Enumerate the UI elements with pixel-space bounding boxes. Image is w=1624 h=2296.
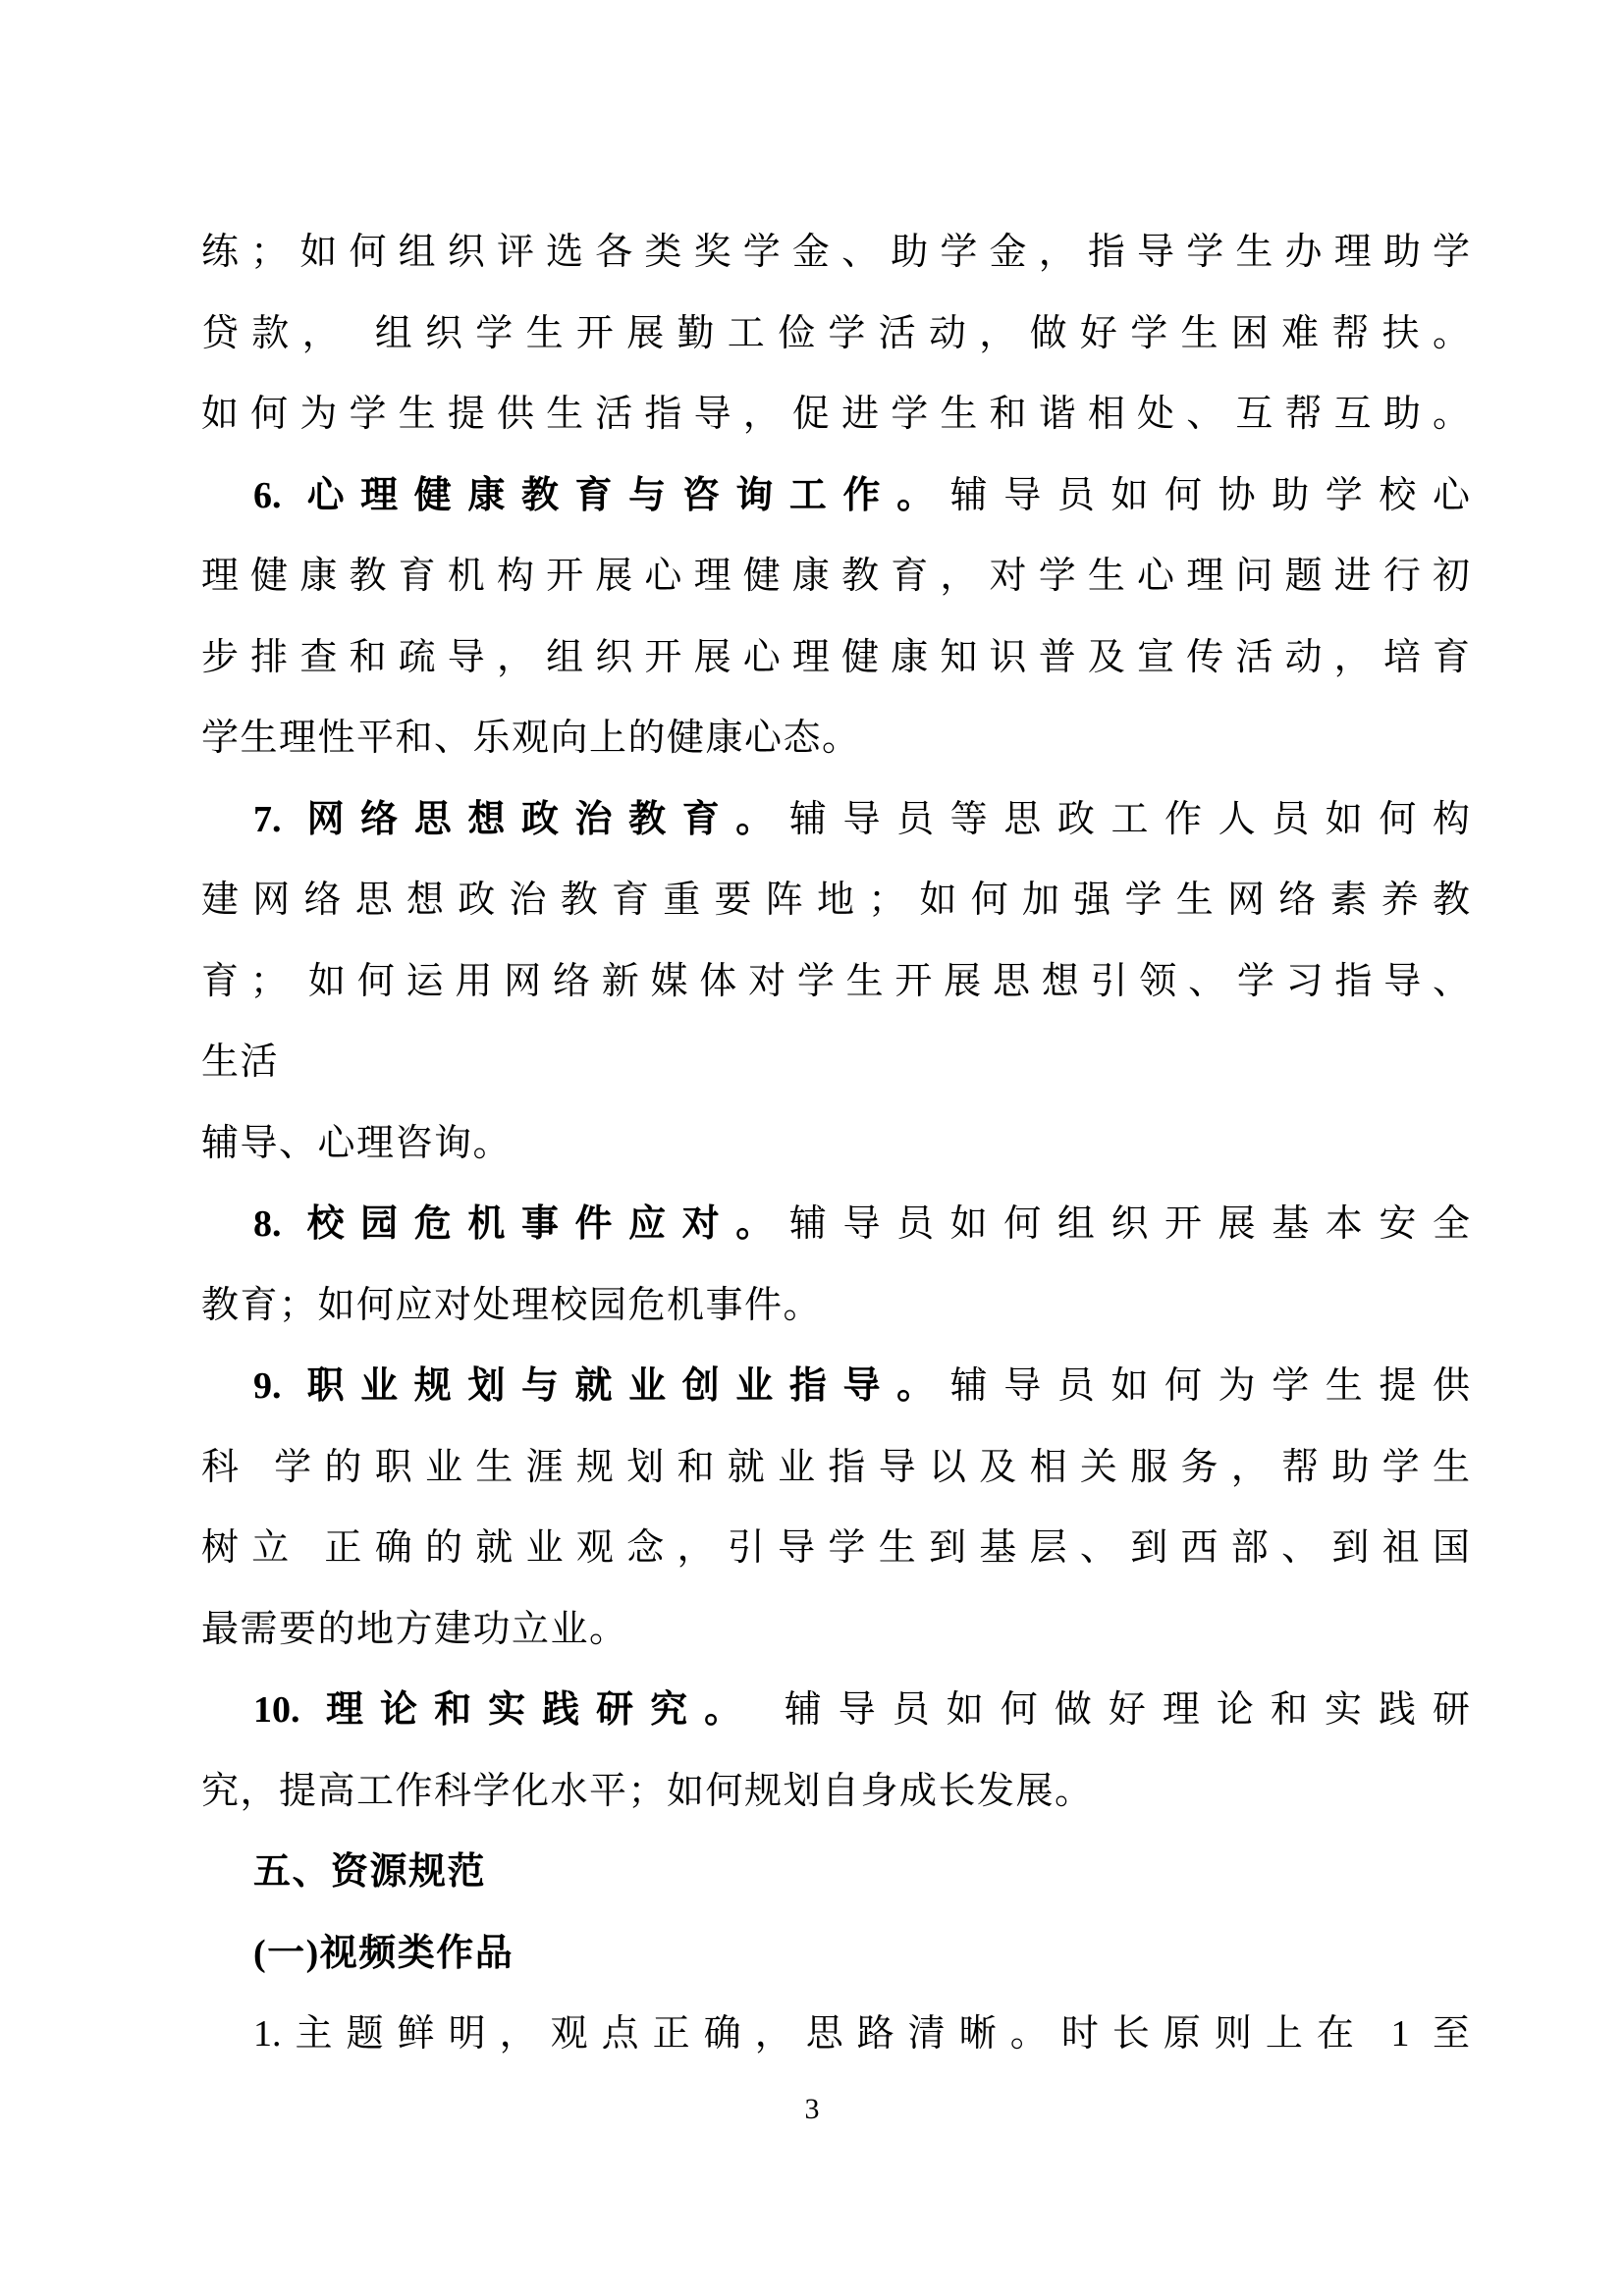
text-line: 8. 校园危机事件应对。辅导员如何组织开展基本安全	[201, 1184, 1470, 1265]
text-run: 学生理性平和、乐观向上的健康心态。	[201, 718, 861, 759]
text-run: 辅导员如何组织开展基本安全	[789, 1203, 1470, 1245]
text-line: 10. 理论和实践研究。 辅导员如何做好理论和实践研	[201, 1670, 1470, 1751]
text-line: 如何为学生提供生活指导，促进学生和谐相处、互帮互助。	[201, 374, 1470, 455]
text-line: 究，提高工作科学化水平；如何规划自身成长发展。	[201, 1751, 1470, 1833]
text-line: 学生理性平和、乐观向上的健康心态。	[201, 698, 1470, 779]
bold-text-run: 10. 理论和实践研究。	[253, 1689, 758, 1731]
text-run: 究，提高工作科学化水平；如何规划自身成长发展。	[201, 1771, 1094, 1812]
text-run: 步排查和疏导，组织开展心理健康知识普及宣传活动，培育	[201, 637, 1470, 678]
text-run: 教育；如何应对处理校园危机事件。	[201, 1285, 822, 1326]
text-run: 生活	[201, 1041, 279, 1083]
text-run: 辅导员等思政工作人员如何构	[789, 799, 1470, 840]
text-line: 6. 心理健康教育与咨询工作。辅导员如何协助学校心	[201, 455, 1470, 537]
text-run: 辅导、心理咨询。	[201, 1123, 512, 1164]
text-run: 建网络思想政治教育重要阵地；如何加强学生网络素养教	[201, 880, 1470, 921]
text-line: 贷款， 组织学生开展勤工俭学活动，做好学生困难帮扶。	[201, 294, 1470, 375]
text-line: 生活	[201, 1022, 1470, 1103]
text-line: 辅导、心理咨询。	[201, 1103, 1470, 1185]
text-line: 7. 网络思想政治教育。辅导员等思政工作人员如何构	[201, 779, 1470, 861]
bold-text-run: 8. 校园危机事件应对。	[253, 1203, 789, 1245]
text-line: 教育；如何应对处理校园危机事件。	[201, 1265, 1470, 1347]
text-line: 9. 职业规划与就业创业指导。辅导员如何为学生提供	[201, 1346, 1470, 1427]
text-run: 育； 如何运用网络新媒体对学生开展思想引领、学习指导、	[201, 961, 1470, 1002]
document-body: 练；如何组织评选各类奖学金、助学金，指导学生办理助学贷款， 组织学生开展勤工俭学…	[201, 212, 1470, 2075]
text-line: 育； 如何运用网络新媒体对学生开展思想引领、学习指导、	[201, 941, 1470, 1023]
text-run: 1.主题鲜明，观点正确，思路清晰。时长原则上在 1 至	[253, 2013, 1470, 2055]
text-run: 辅导员如何为学生提供	[950, 1365, 1470, 1407]
text-line: 练；如何组织评选各类奖学金、助学金，指导学生办理助学	[201, 212, 1470, 294]
bold-text-run: 7. 网络思想政治教育。	[253, 799, 789, 840]
bold-text-run: 6. 心理健康教育与咨询工作。	[253, 475, 950, 516]
text-run: 最需要的地方建功立业。	[201, 1609, 628, 1650]
text-run: 如何为学生提供生活指导，促进学生和谐相处、互帮互助。	[201, 394, 1470, 435]
text-line: 最需要的地方建功立业。	[201, 1589, 1470, 1671]
text-line: 五、资源规范	[201, 1832, 1470, 1913]
text-run: 辅导员如何协助学校心	[950, 475, 1470, 516]
text-run: 贷款， 组织学生开展勤工俭学活动，做好学生困难帮扶。	[201, 313, 1470, 354]
text-line: 1.主题鲜明，观点正确，思路清晰。时长原则上在 1 至	[201, 1994, 1470, 2075]
text-run: 理健康教育机构开展心理健康教育，对学生心理问题进行初	[201, 556, 1470, 597]
text-run: 科 学的职业生涯规划和就业指导以及相关服务，帮助学生	[201, 1447, 1470, 1488]
text-line: 步排查和疏导，组织开展心理健康知识普及宣传活动，培育	[201, 617, 1470, 699]
bold-text-run: 五、资源规范	[253, 1851, 486, 1893]
text-line: 树立 正确的就业观念，引导学生到基层、到西部、到祖国	[201, 1508, 1470, 1589]
text-run: 练；如何组织评选各类奖学金、助学金，指导学生办理助学	[201, 232, 1470, 273]
bold-text-run: 9. 职业规划与就业创业指导。	[253, 1365, 950, 1407]
text-line: 理健康教育机构开展心理健康教育，对学生心理问题进行初	[201, 536, 1470, 617]
text-run: 树立 正确的就业观念，引导学生到基层、到西部、到祖国	[201, 1527, 1470, 1569]
text-line: (一)视频类作品	[201, 1913, 1470, 1995]
text-line: 科 学的职业生涯规划和就业指导以及相关服务，帮助学生	[201, 1427, 1470, 1509]
text-run: 辅导员如何做好理论和实践研	[758, 1689, 1470, 1731]
document-page: 练；如何组织评选各类奖学金、助学金，指导学生办理助学贷款， 组织学生开展勤工俭学…	[0, 0, 1624, 2296]
text-line: 建网络思想政治教育重要阵地；如何加强学生网络素养教	[201, 860, 1470, 941]
page-number: 3	[0, 2079, 1624, 2140]
bold-text-run: (一)视频类作品	[253, 1933, 514, 1974]
